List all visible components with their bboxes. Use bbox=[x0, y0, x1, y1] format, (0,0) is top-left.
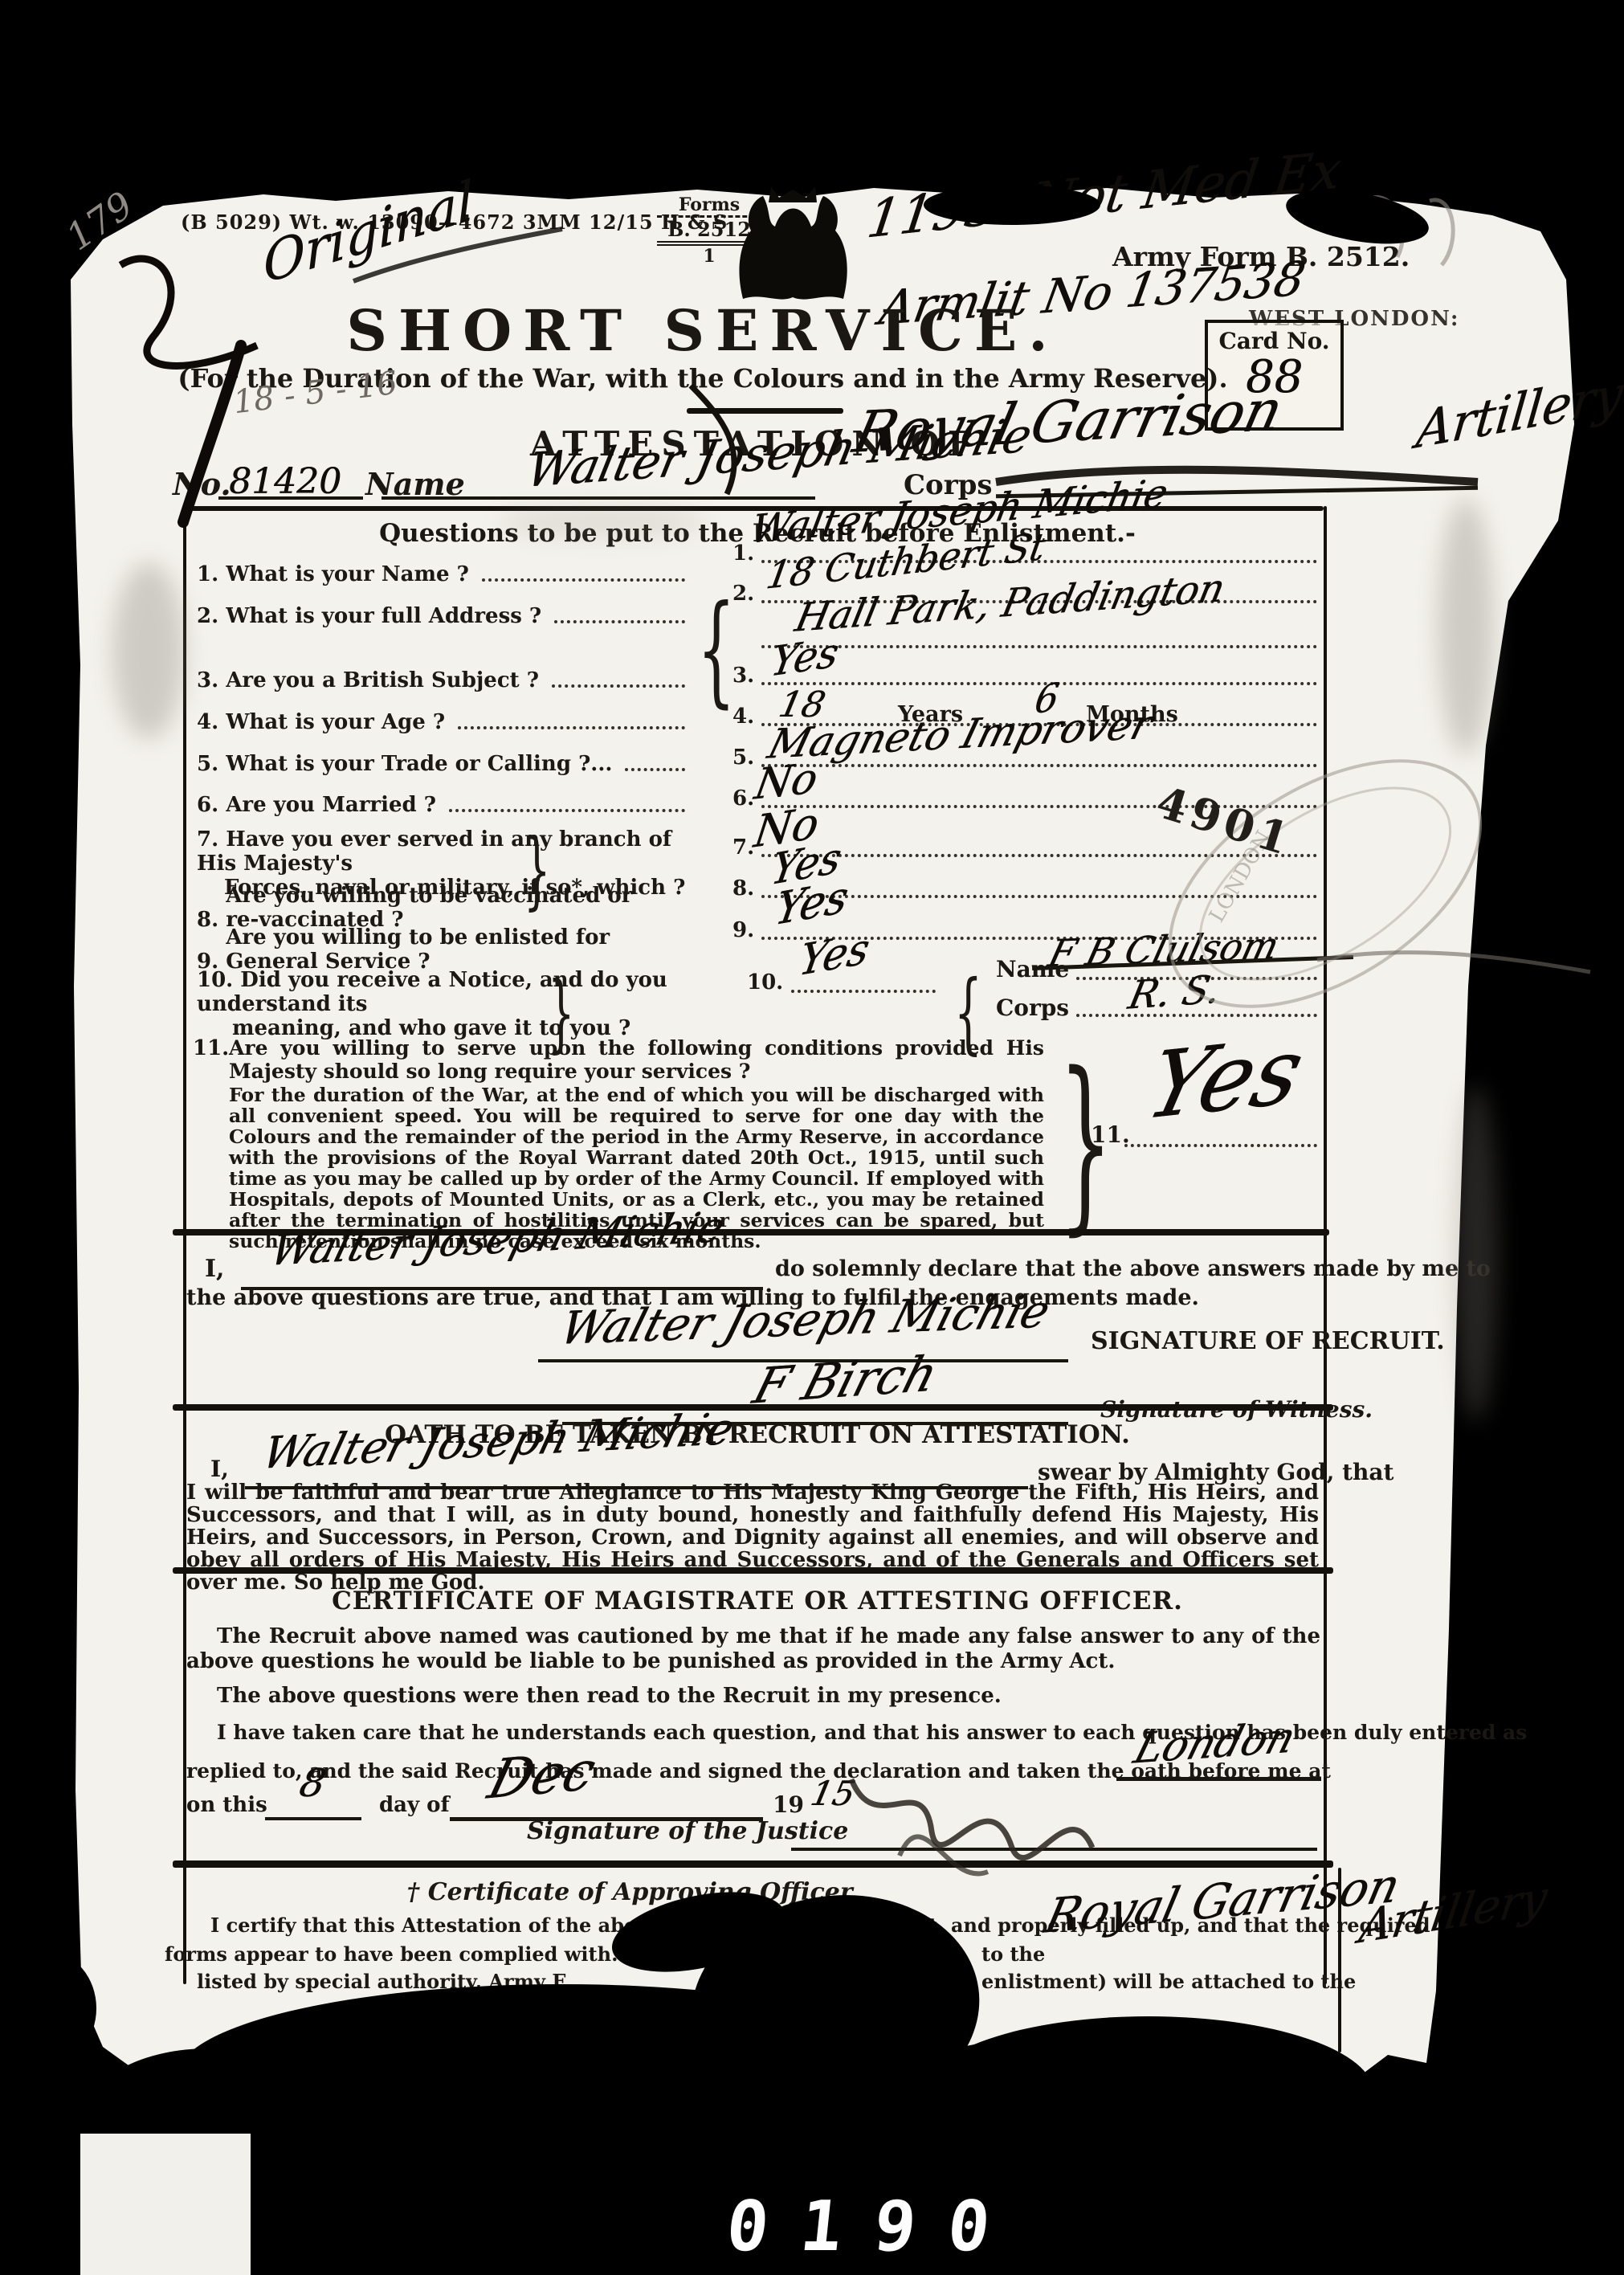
microfilm-white-box bbox=[80, 2134, 251, 2275]
torn-edge-blob bbox=[0, 1952, 96, 2065]
scan-smudge bbox=[1454, 1084, 1498, 1422]
scan-smudge bbox=[112, 562, 185, 739]
torn-edge-blob bbox=[924, 2016, 1373, 2169]
torn-edge-blob bbox=[924, 185, 1100, 225]
scan-smudge bbox=[1438, 498, 1494, 755]
scanned-document-page: (B 5029) Wt. w. 13090—4672 3MM 12/15 H &… bbox=[0, 0, 1624, 2275]
frame-counter: 0190 bbox=[723, 2187, 1026, 2267]
scan-smudge bbox=[498, 506, 707, 538]
